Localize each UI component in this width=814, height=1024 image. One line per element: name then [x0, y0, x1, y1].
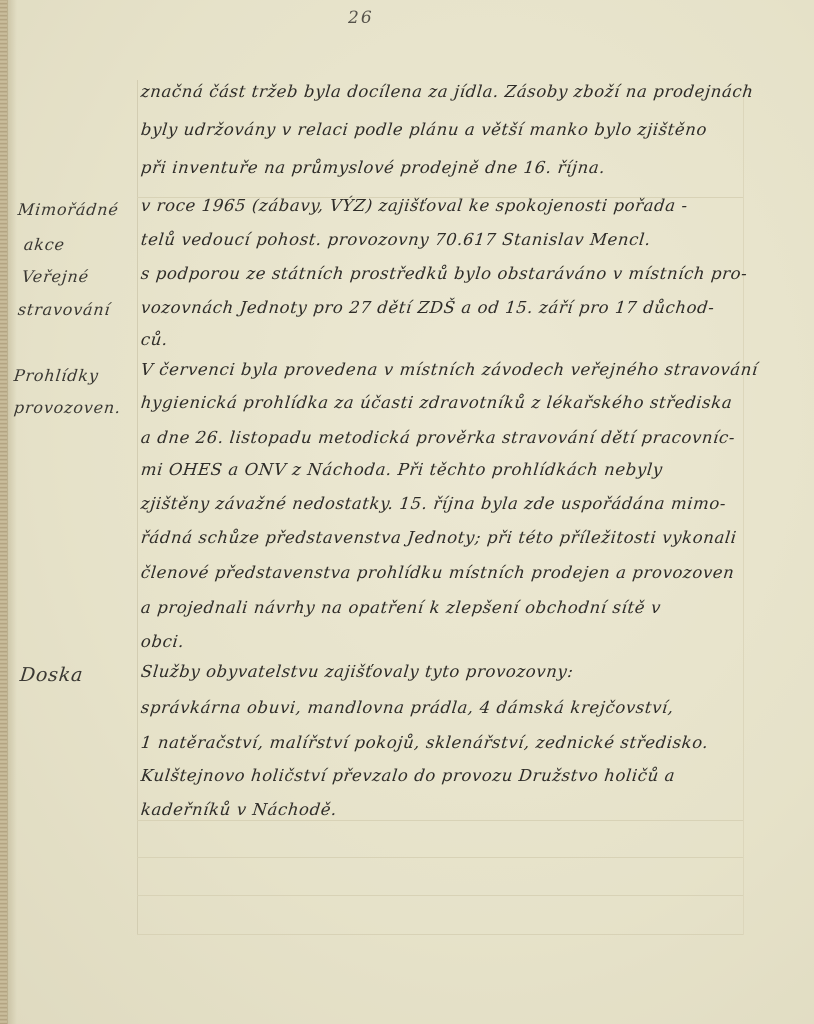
text-line: 1 natěračství, malířství pokojů, sklenář… — [140, 733, 709, 752]
ruled-line — [137, 895, 743, 896]
text-line: mi OHES a ONV z Náchoda. Při těchto proh… — [140, 460, 664, 479]
margin-heading: Doska — [19, 664, 85, 686]
text-line: v roce 1965 (zábavy, VÝZ) zajišťoval ke … — [140, 196, 689, 215]
text-line: kadeřníků v Náchodě. — [140, 800, 338, 819]
right-margin-rule — [743, 90, 744, 935]
margin-heading: stravování — [17, 300, 111, 319]
text-line: při inventuře na průmyslové prodejně dne… — [140, 158, 606, 177]
text-line: zjištěny závažné nedostatky. 15. října b… — [140, 494, 727, 513]
margin-heading: Mimořádné — [17, 200, 120, 219]
notebook-page: 26 značná část tržeb byla docílena za jí… — [0, 0, 814, 1024]
text-line: správkárna obuvi, mandlovna prádla, 4 dá… — [140, 698, 675, 717]
text-line: hygienická prohlídka za účasti zdravotní… — [140, 393, 733, 412]
margin-heading: provozoven. — [13, 398, 122, 417]
text-line: a projednali návrhy na opatření k zlepše… — [140, 598, 662, 617]
page-number: 26 — [348, 8, 374, 28]
text-line: Služby obyvatelstvu zajišťovaly tyto pro… — [140, 662, 575, 681]
text-line: značná část tržeb byla docílena za jídla… — [140, 82, 755, 101]
text-line: byly udržovány v relaci podle plánu a vě… — [140, 120, 708, 139]
text-line: s podporou ze státních prostředků bylo o… — [140, 264, 748, 283]
margin-rule — [137, 80, 138, 935]
ruled-line — [137, 820, 743, 821]
text-line: členové představenstva prohlídku místníc… — [140, 563, 735, 582]
text-line: ců. — [140, 330, 169, 349]
margin-heading: akce — [23, 235, 66, 254]
text-line: Kulštejnovo holičství převzalo do provoz… — [140, 766, 676, 785]
text-line: obci. — [140, 632, 185, 651]
text-line: vozovnách Jednoty pro 27 dětí ZDŠ a od 1… — [140, 298, 716, 317]
text-line: telů vedoucí pohost. provozovny 70.617 S… — [140, 230, 652, 249]
margin-heading: Veřejné — [21, 267, 90, 286]
binding-shadow — [7, 0, 17, 1024]
ruled-line — [137, 857, 743, 858]
text-line: V červenci byla provedena v místních záv… — [140, 360, 759, 379]
text-line: řádná schůze představenstva Jednoty; při… — [140, 528, 738, 547]
text-line: a dne 26. listopadu metodická prověrka s… — [140, 428, 736, 447]
margin-heading: Prohlídky — [13, 366, 100, 385]
ruled-line — [137, 934, 743, 935]
